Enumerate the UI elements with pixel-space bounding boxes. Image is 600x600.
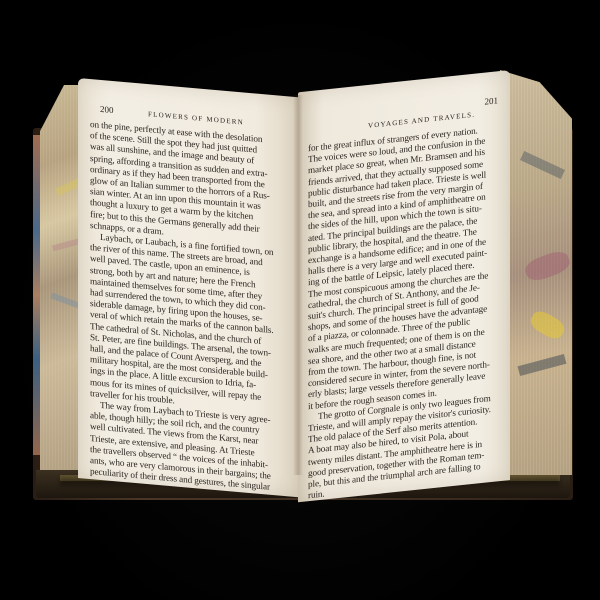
photo-scene: 200 FLOWERS OF MODERN on the pine, perfe…: [0, 0, 600, 600]
body-text: on the pine, perfectly at ease with the …: [90, 119, 288, 497]
running-head: FLOWERS OF MODERN: [148, 110, 244, 126]
page-number: 200: [100, 104, 114, 115]
book-gutter: [293, 95, 303, 475]
body-text: for the great influx of strangers of eve…: [308, 123, 500, 502]
page-number: 201: [485, 95, 499, 106]
left-page: 200 FLOWERS OF MODERN on the pine, perfe…: [78, 78, 300, 497]
right-page: 201 VOYAGES AND TRAVELS. for the great i…: [298, 70, 510, 502]
